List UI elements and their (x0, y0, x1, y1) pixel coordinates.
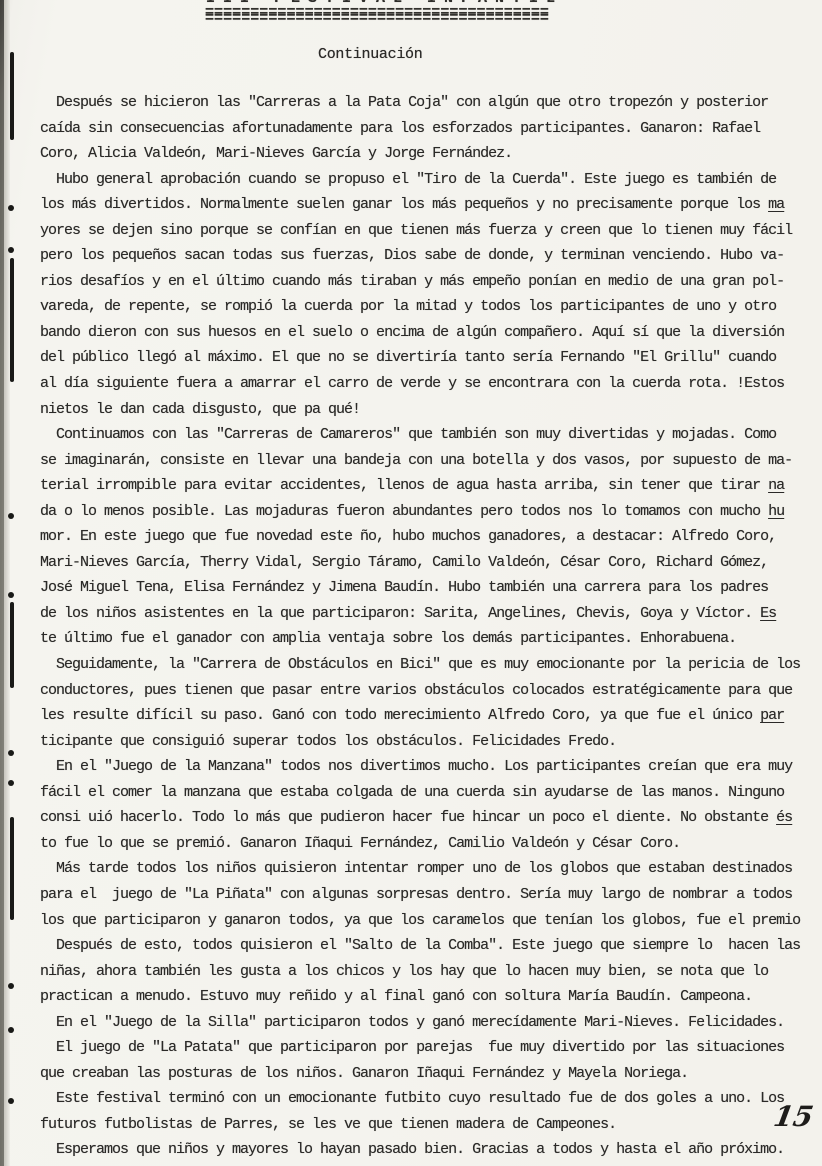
body-line: El juego de "La Patata" que participaron… (40, 1035, 818, 1061)
margin-mark-line (10, 52, 14, 140)
margin-mark-line (10, 602, 14, 688)
body-line: Esperamos que niños y mayores lo hayan p… (40, 1137, 818, 1163)
body-line: En el "Juego de la Manzana" todos nos di… (40, 754, 818, 780)
margin-mark-dot (8, 1027, 14, 1033)
body-line: practican a menudo. Estuvo muy reñido y … (40, 984, 818, 1010)
body-line: caída sin consecuencias afortunadamente … (40, 116, 818, 142)
body-line: nietos le dan cada disgusto, que pa qué! (40, 397, 818, 423)
body-line: to fue lo que se premió. Ganaron Iñaqui … (40, 831, 818, 857)
margin-mark-line (10, 817, 14, 920)
body-line: ticipante que consiguió superar todos lo… (40, 729, 818, 755)
body-line: conductores, pues tienen que pasar entre… (40, 678, 818, 704)
margin-mark-dot (8, 983, 14, 989)
body-line: futuros futbolistas de Parres, se les ve… (40, 1112, 818, 1138)
margin-mark-dot (8, 247, 14, 253)
body-line: niñas, ahora también les gusta a los chi… (40, 959, 818, 985)
body-line: yores se dejen sino porque se confían en… (40, 218, 818, 244)
body-line: Seguidamente, la "Carrera de Obstáculos … (40, 652, 818, 678)
body-line: pero los pequeños sacan todas sus fuerza… (40, 243, 818, 269)
body-line: los que participaron y ganaron todos, ya… (40, 908, 818, 934)
body-line: Después de esto, todos quisieron el "Sal… (40, 933, 818, 959)
body-line: José Miguel Tena, Elisa Fernández y Jime… (40, 575, 818, 601)
margin-mark-dot (8, 1098, 14, 1104)
margin-mark-dot (8, 780, 14, 786)
section-subtitle: Continuación (318, 46, 422, 63)
body-line: les resulte difícil su paso. Ganó con to… (40, 703, 818, 729)
body-line: que creaban las posturas de los niños. G… (40, 1061, 818, 1087)
body-line: Continuamos con las "Carreras de Camarer… (40, 422, 818, 448)
body-line: consi uió hacerlo. Todo lo más que pudie… (40, 805, 818, 831)
body-line: terial irrompible para evitar accidentes… (40, 473, 818, 499)
body-line: Más tarde todos los niños quisieron inte… (40, 856, 818, 882)
title-underline-row2: ====================================== (205, 10, 549, 27)
handwritten-page-number: 15 (771, 1100, 816, 1133)
body-line: de los niños asistentes en la que partic… (40, 601, 818, 627)
body-line: Mari-Nieves García, Therry Vidal, Sergio… (40, 550, 818, 576)
document-page: III FESTIVAL INFANTIL ==================… (0, 0, 822, 1166)
body-line: bando dieron con sus huesos en el suelo … (40, 320, 818, 346)
body-line: te último fue el ganador con amplia vent… (40, 626, 818, 652)
title-block: III FESTIVAL INFANTIL ==================… (0, 0, 822, 80)
body-line: los más divertidos. Normalmente suelen g… (40, 192, 818, 218)
body-line: En el "Juego de la Silla" participaron t… (40, 1010, 818, 1036)
margin-mark-dot (8, 592, 14, 598)
margin-mark-line (10, 258, 14, 382)
body-line: Este festival terminó con un emocionante… (40, 1086, 818, 1112)
body-line: del público llegó al máximo. El que no s… (40, 345, 818, 371)
body-line: da o lo menos posible. Las mojaduras fue… (40, 499, 818, 525)
margin-mark-dot (8, 513, 14, 519)
body-line: rios desafíos y en el último cuando más … (40, 269, 818, 295)
margin-mark-dot (8, 205, 14, 211)
margin-mark-dot (8, 750, 14, 756)
body-line: para el juego de "La Piñata" con algunas… (40, 882, 818, 908)
body-line: Coro, Alicia Valdeón, Mari-Nieves García… (40, 141, 818, 167)
body-text: Después se hicieron las "Carreras a la P… (40, 90, 818, 1163)
body-line: fácil el comer la manzana que estaba col… (40, 780, 818, 806)
body-line: se imaginarán, consiste en llevar una ba… (40, 448, 818, 474)
body-line: vareda, de repente, se rompió la cuerda … (40, 294, 818, 320)
body-line: mor. En este juego que fue novedad este … (40, 524, 818, 550)
body-line: al día siguiente fuera a amarrar el carr… (40, 371, 818, 397)
body-line: Después se hicieron las "Carreras a la P… (40, 90, 818, 116)
page-edge-line (0, 0, 4, 1166)
body-line: Hubo general aprobación cuando se propus… (40, 167, 818, 193)
